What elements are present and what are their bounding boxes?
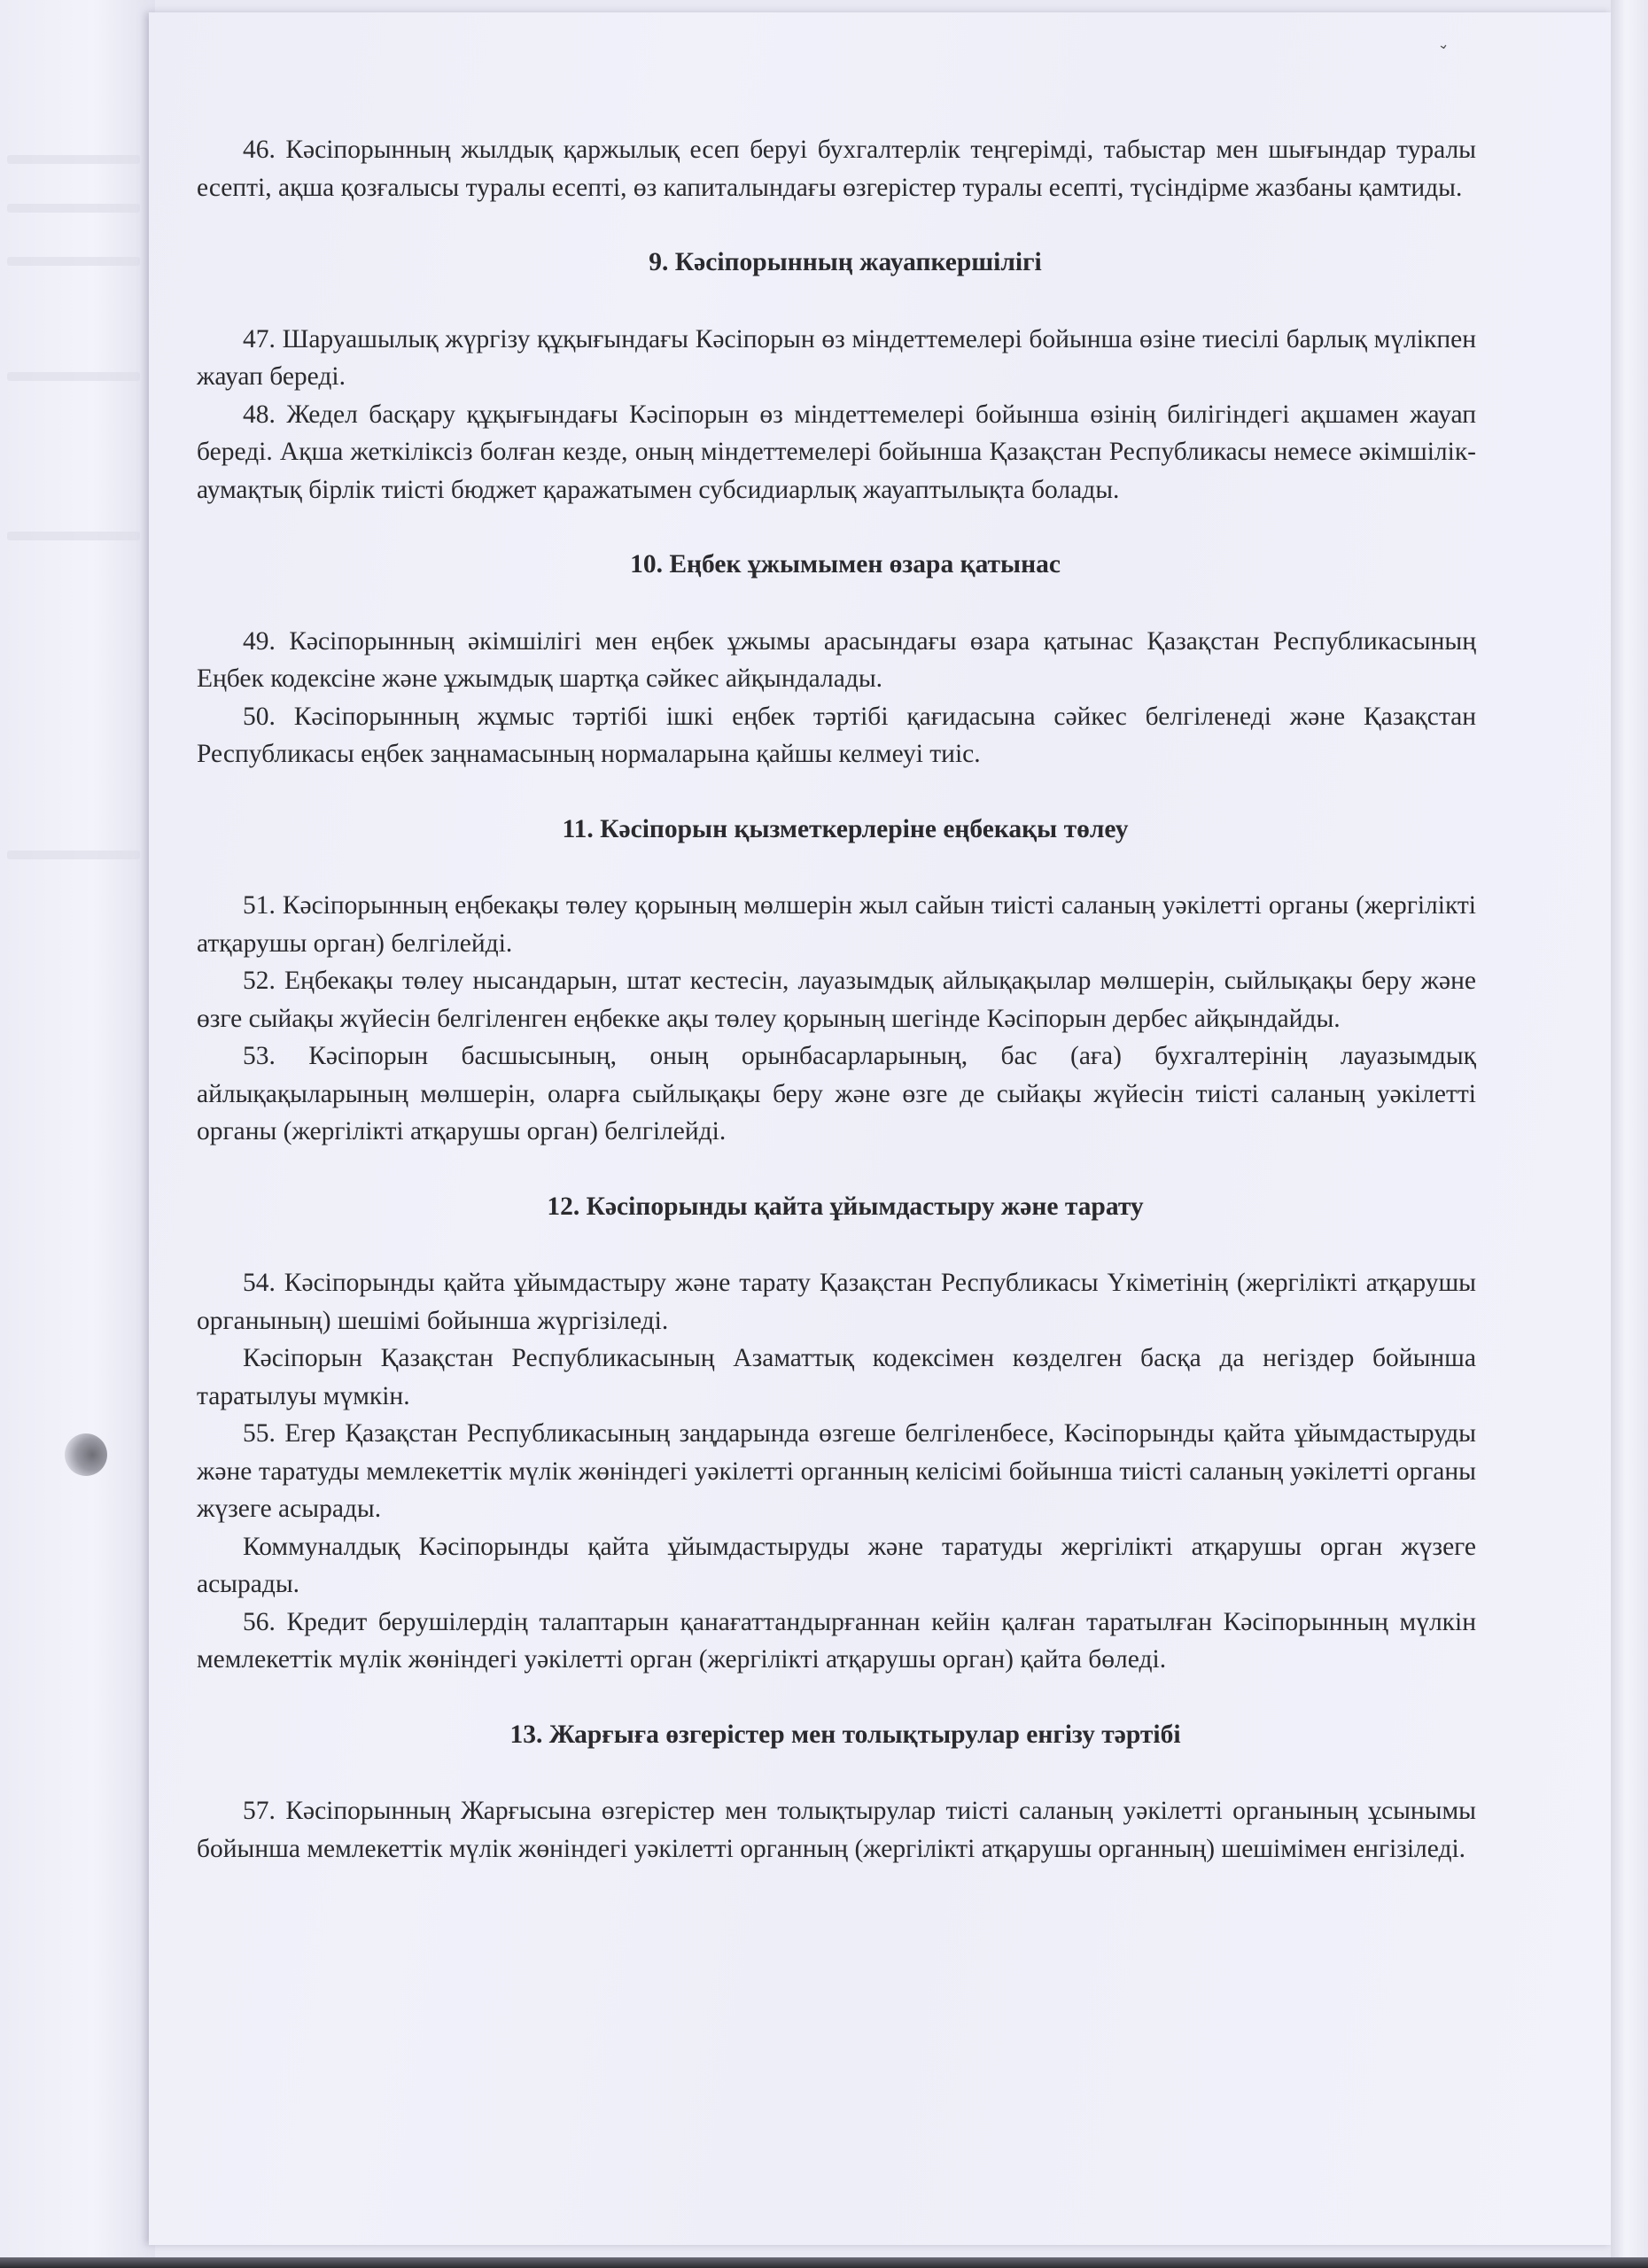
show-through-line xyxy=(7,204,140,213)
paragraph-55: 55. Егер Қазақстан Республикасының заңда… xyxy=(197,1415,1476,1528)
paragraph-57: 57. Кәсіпорынның Жарғысына өзгерістер ме… xyxy=(197,1792,1476,1868)
paragraph-52: 52. Еңбекақы төлеу нысандарын, штат кест… xyxy=(197,962,1476,1037)
show-through-line xyxy=(7,372,140,381)
section-heading-10: 10. Еңбек ұжымымен өзара қатынас xyxy=(197,546,1476,584)
section-heading-13: 13. Жарғыға өзгерістер мен толықтырулар … xyxy=(197,1716,1476,1754)
paragraph-48: 48. Жедел басқару құқығындағы Кәсіпорын … xyxy=(197,396,1476,509)
show-through-line xyxy=(7,532,140,540)
show-through-line xyxy=(7,257,140,266)
paragraph-54-cont: Кәсіпорын Қазақстан Республикасының Азам… xyxy=(197,1340,1476,1415)
document-body: 46. Кәсіпорынның жылдық қаржылық есеп бе… xyxy=(197,131,1476,1868)
section-heading-11: 11. Кәсіпорын қызметкерлеріне еңбекақы т… xyxy=(197,811,1476,849)
scanner-bottom-edge xyxy=(0,2257,1648,2268)
paragraph-54: 54. Кәсіпорынды қайта ұйымдастыру және т… xyxy=(197,1264,1476,1340)
show-through-line xyxy=(7,850,140,859)
right-page-edge xyxy=(1611,0,1648,2268)
underlying-page-edge xyxy=(0,0,155,2268)
paragraph-50: 50. Кәсіпорынның жұмыс тәртібі ішкі еңбе… xyxy=(197,698,1476,773)
paragraph-55-cont: Коммуналдық Кәсіпорынды қайта ұйымдастыр… xyxy=(197,1528,1476,1604)
punch-hole xyxy=(65,1433,107,1476)
paragraph-56: 56. Кредит берушілердің талаптарын қанағ… xyxy=(197,1604,1476,1679)
paragraph-53: 53. Кәсіпорын басшысының, оның орынбасар… xyxy=(197,1037,1476,1151)
paragraph-49: 49. Кәсіпорынның әкімшілігі мен еңбек ұж… xyxy=(197,623,1476,698)
paragraph-47: 47. Шаруашылық жүргізу құқығындағы Кәсіп… xyxy=(197,321,1476,396)
section-heading-12: 12. Кәсіпорынды қайта ұйымдастыру және т… xyxy=(197,1188,1476,1226)
section-heading-9: 9. Кәсіпорынның жауапкершілігі xyxy=(197,244,1476,282)
show-through-line xyxy=(7,155,140,164)
paragraph-46: 46. Кәсіпорынның жылдық қаржылық есеп бе… xyxy=(197,131,1476,206)
paragraph-51: 51. Кәсіпорынның еңбекақы төлеу қорының … xyxy=(197,887,1476,962)
